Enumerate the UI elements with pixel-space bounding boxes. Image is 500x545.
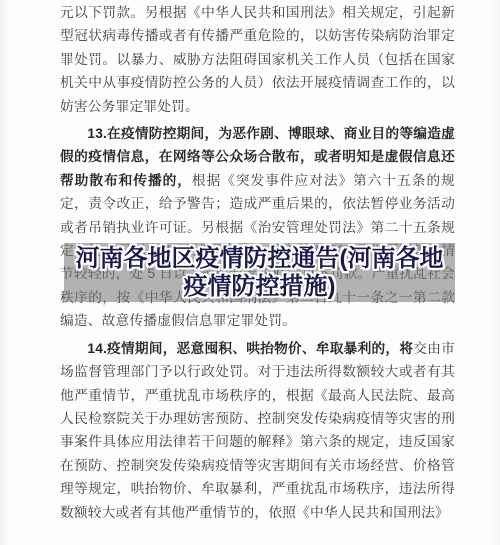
paragraph-lead: 14.疫情期间，恶意囤积、哄抬物价、牟取暴利的，将 — [87, 341, 413, 356]
article-page: 元以下罚款。另根据《中华人民共和国刑法》相关规定，引起新型冠状病毒传播或者有传播… — [0, 0, 500, 545]
paragraph-item-14: 14.疫情期间，恶意囤积、哄抬物价、牟取暴利的，将交由市场监督管理部门予以行政处… — [60, 337, 455, 524]
paragraph-continuation: 元以下罚款。另根据《中华人民共和国刑法》相关规定，引起新型冠状病毒传播或者有传播… — [60, 1, 455, 118]
watermark-title-line-2: 疫情防控措施) — [184, 273, 336, 301]
watermark-title-line-1: 河南各地区疫情防控通告(河南各地 — [76, 245, 444, 273]
paragraph-text: 元以下罚款。另根据《中华人民共和国刑法》相关规定，引起新型冠状病毒传播或者有传播… — [60, 5, 455, 114]
page-edge-shadow-right — [490, 0, 500, 545]
title-watermark-overlay: 河南各地区疫情防控通告(河南各地 疫情防控措施) — [64, 243, 455, 302]
paragraph-text: 交由市场监督管理部门予以行政处罚。对于违法所得数额较大或者有其他严重情节，严重扰… — [60, 341, 455, 520]
page-edge-shadow-left — [0, 0, 10, 545]
